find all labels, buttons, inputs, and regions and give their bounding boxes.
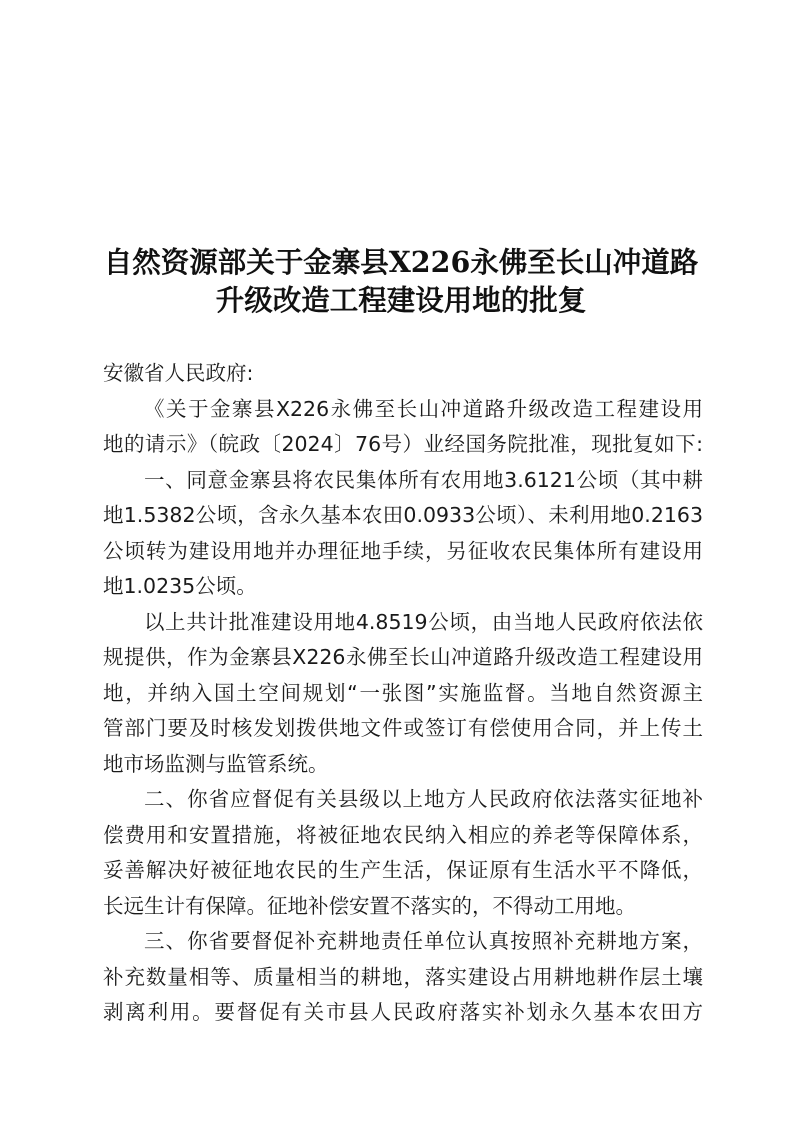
paragraph-total-approved-land: 以上共计批准建设用地4.8519公顷，由当地人民政府依法依 规提供，作为金寨县X… — [103, 605, 703, 783]
paragraph-item-3-farmland-supplement: 三、你省要督促补充耕地责任单位认真按照补充耕地方案， 补充数量相等、质量相当的耕… — [103, 924, 703, 1031]
title-line-2: 升级改造工程建设用地的批复 — [96, 281, 706, 319]
paragraph-line: 以上共计批准建设用地4.8519公顷，由当地人民政府依法依 — [103, 605, 703, 641]
document-body: 安徽省人民政府: 《关于金寨县X226永佛至长山冲道路升级改造工程建设用 地的请… — [103, 356, 703, 1031]
paragraph-line: 剥离利用。要督促有关市县人民政府落实补划永久基本农田方 — [103, 995, 703, 1031]
paragraph-line: 地1.5382公顷，含永久基本农田0.0933公顷）、未利用地0.2163 — [103, 498, 703, 534]
paragraph-line: 规提供，作为金寨县X226永佛至长山冲道路升级改造工程建设用 — [103, 640, 703, 676]
paragraph-line: 二、你省应督促有关县级以上地方人民政府依法落实征地补 — [103, 782, 703, 818]
paragraph-item-1-land-conversion: 一、同意金寨县将农民集体所有农用地3.6121公顷（其中耕 地1.5382公顷，… — [103, 463, 703, 605]
paragraph-line: 补充数量相等、质量相当的耕地，落实建设占用耕地耕作层土壤 — [103, 960, 703, 996]
paragraph-line: 管部门要及时核发划拨供地文件或签订有偿使用合同，并上传土 — [103, 711, 703, 747]
paragraph-line: 地市场监测与监管系统。 — [103, 747, 703, 783]
paragraph-line: 三、你省要督促补充耕地责任单位认真按照补充耕地方案， — [103, 924, 703, 960]
paragraph-item-2-compensation: 二、你省应督促有关县级以上地方人民政府依法落实征地补 偿费用和安置措施，将被征地… — [103, 782, 703, 924]
document-title: 自然资源部关于金寨县X226永佛至长山冲道路 升级改造工程建设用地的批复 — [96, 243, 706, 319]
paragraph-line: 一、同意金寨县将农民集体所有农用地3.6121公顷（其中耕 — [103, 463, 703, 499]
paragraph-line: 《关于金寨县X226永佛至长山冲道路升级改造工程建设用 — [103, 392, 703, 428]
document-page: 自然资源部关于金寨县X226永佛至长山冲道路 升级改造工程建设用地的批复 安徽省… — [0, 0, 793, 1122]
paragraph-line: 妥善解决好被征地农民的生产生活，保证原有生活水平不降低， — [103, 853, 703, 889]
paragraph-line: 公顷转为建设用地并办理征地手续，另征收农民集体所有建设用 — [103, 534, 703, 570]
paragraph-line: 地1.0235公顷。 — [103, 569, 703, 605]
paragraph-line: 地，并纳入国土空间规划“一张图”实施监督。当地自然资源主 — [103, 676, 703, 712]
salutation-text: 安徽省人民政府: — [103, 356, 703, 392]
title-line-1: 自然资源部关于金寨县X226永佛至长山冲道路 — [96, 243, 706, 281]
paragraph-line: 长远生计有保障。征地补偿安置不落实的，不得动工用地。 — [103, 889, 703, 925]
paragraph-request-reference: 《关于金寨县X226永佛至长山冲道路升级改造工程建设用 地的请示》（皖政〔202… — [103, 392, 703, 463]
salutation: 安徽省人民政府: — [103, 356, 703, 392]
paragraph-line: 地的请示》（皖政〔2024〕76号）业经国务院批准，现批复如下: — [103, 427, 703, 463]
paragraph-line: 偿费用和安置措施，将被征地农民纳入相应的养老等保障体系， — [103, 818, 703, 854]
